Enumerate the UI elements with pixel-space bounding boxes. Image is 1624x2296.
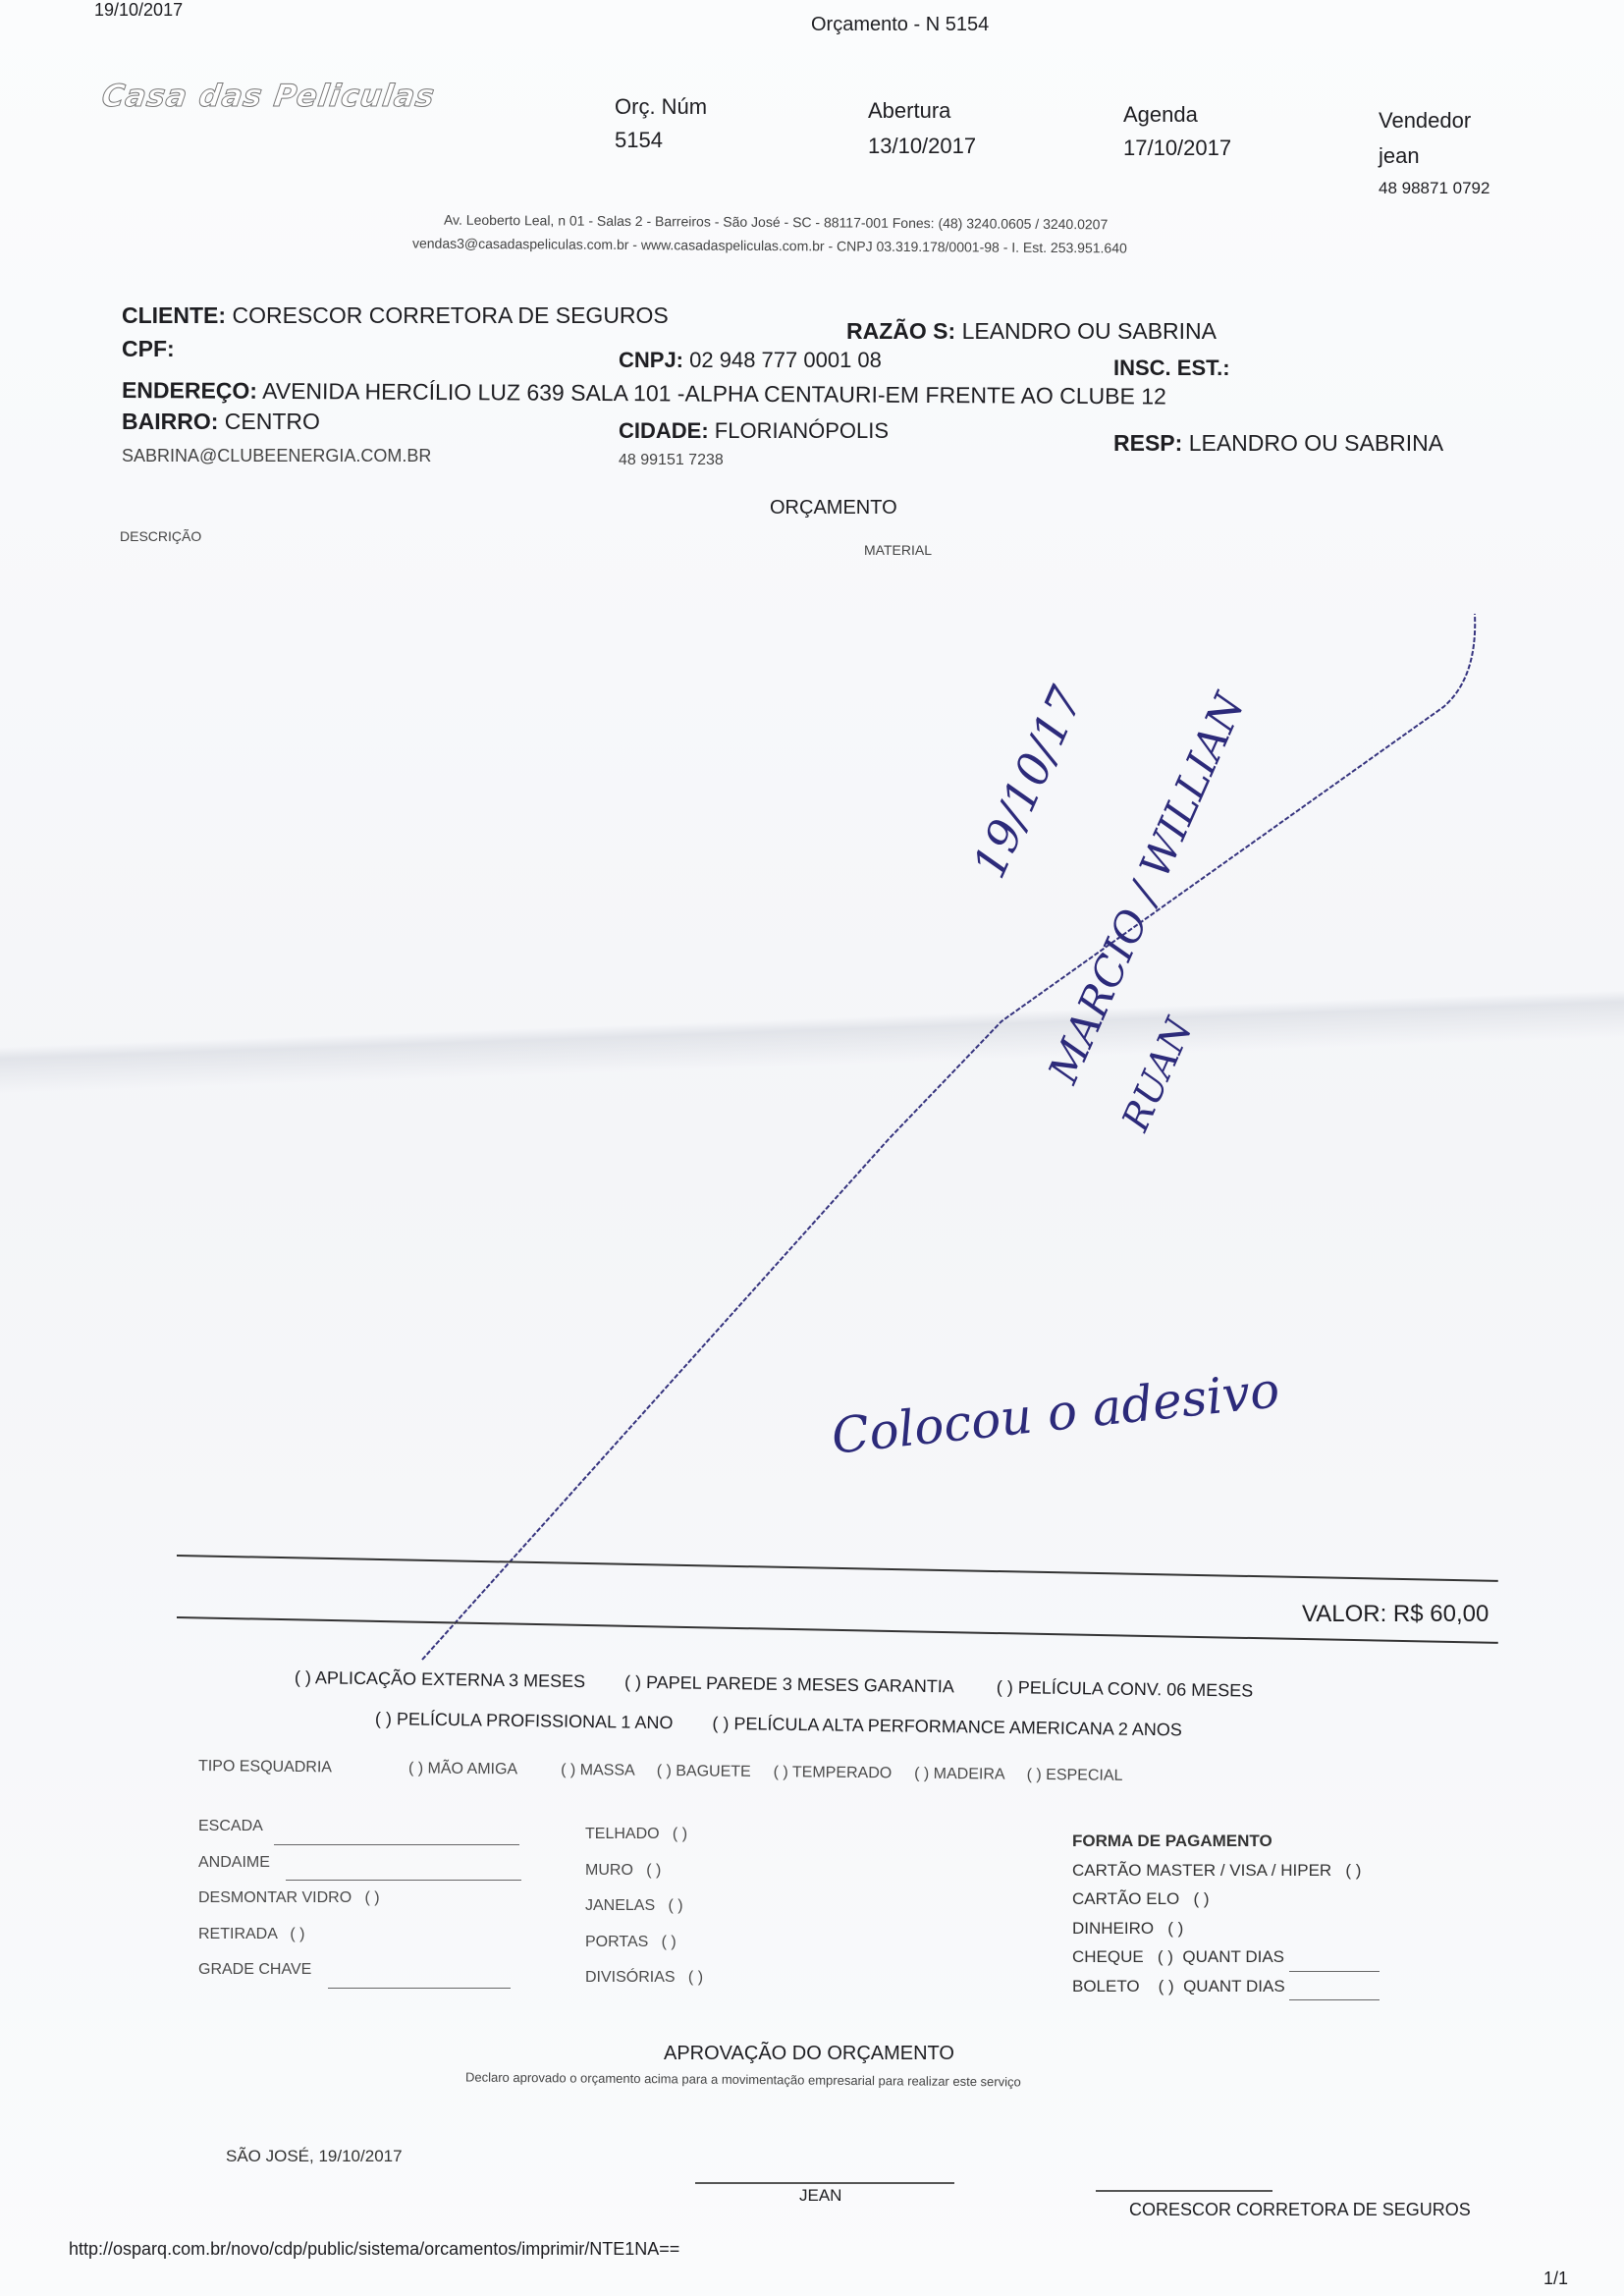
client-email: SABRINA@CLUBEENERGIA.COM.BR — [122, 446, 431, 466]
payment-boleto: BOLETO ( ) QUANT DIAS — [1072, 1972, 1380, 2001]
razao-row: RAZÃO S: LEANDRO OU SABRINA — [846, 318, 1217, 345]
valor-row: VALOR: R$ 60,00 — [1302, 1601, 1489, 1628]
cliente-value: CORESCOR CORRETORA DE SEGUROS — [232, 302, 668, 328]
extra-janelas: JANELAS ( ) — [585, 1888, 703, 1925]
vendedor-value: jean — [1379, 143, 1420, 169]
extra-escada: ESCADA — [198, 1809, 521, 1845]
abertura-value: 13/10/2017 — [868, 134, 976, 159]
dinheiro-check[interactable]: ( ) — [1167, 1919, 1183, 1938]
valor-amount: R$ 60,00 — [1393, 1601, 1489, 1627]
bairro-label: BAIRRO: — [122, 409, 218, 434]
vendedor-label: Vendedor — [1379, 108, 1471, 134]
agenda-value: 17/10/2017 — [1123, 136, 1231, 161]
client-signature-name: CORESCOR CORRETORA DE SEGUROS — [1129, 2200, 1471, 2220]
extra-desmontar-vidro: DESMONTAR VIDRO ( ) — [198, 1881, 521, 1917]
seller-signature-line — [695, 2182, 954, 2184]
retirada-check[interactable]: ( ) — [290, 1926, 304, 1942]
orcamento-section-title: ORÇAMENTO — [770, 497, 897, 519]
place-date: SÃO JOSÉ, 19/10/2017 — [226, 2147, 403, 2166]
esquadria-baguete[interactable]: ( ) BAGUETE — [657, 1763, 751, 1780]
cnpj-label: CNPJ: — [619, 348, 683, 372]
payment-cartao-master: CARTÃO MASTER / VISA / HIPER ( ) — [1072, 1856, 1380, 1886]
divider-top — [177, 1555, 1498, 1582]
cartao-elo-check[interactable]: ( ) — [1193, 1889, 1209, 1908]
print-url: http://osparq.com.br/novo/cdp/public/sis… — [69, 2239, 679, 2260]
cheque-check[interactable]: ( ) — [1158, 1947, 1173, 1966]
extras-mid: TELHADO ( ) MURO ( ) JANELAS ( ) PORTAS … — [585, 1817, 703, 1996]
payment-cheque: CHEQUE ( ) QUANT DIAS — [1072, 1942, 1380, 1972]
approval-title: APROVAÇÃO DO ORÇAMENTO — [664, 2043, 954, 2065]
cidade-row: CIDADE: FLORIANÓPOLIS — [619, 418, 889, 444]
handwritten-main-note: Colocou o adesivo — [829, 1361, 1282, 1465]
insc-row: INSC. EST.: — [1113, 355, 1230, 381]
extra-retirada: RETIRADA ( ) — [198, 1917, 521, 1953]
extra-divisorias: DIVISÓRIAS ( ) — [585, 1960, 703, 1996]
page-counter: 1/1 — [1543, 2269, 1568, 2289]
esquadria-especial[interactable]: ( ) ESPECIAL — [1027, 1767, 1123, 1784]
endereco-label: ENDEREÇO: — [122, 377, 257, 404]
service-options-row-2: ( ) PELÍCULA PROFISSIONAL 1 ANO ( ) PELÍ… — [375, 1709, 1182, 1740]
client-name-row: CLIENTE: CORESCOR CORRETORA DE SEGUROS — [122, 302, 669, 329]
payment-section: FORMA DE PAGAMENTO CARTÃO MASTER / VISA … — [1072, 1827, 1380, 2000]
esquadria-massa[interactable]: ( ) MASSA — [561, 1762, 634, 1779]
telhado-check[interactable]: ( ) — [673, 1826, 687, 1842]
vendedor-phone: 48 98871 0792 — [1379, 179, 1489, 198]
cidade-value: FLORIANÓPOLIS — [715, 418, 889, 443]
option-pelicula-conv[interactable]: ( ) PELÍCULA CONV. 06 MESES — [997, 1677, 1254, 1701]
boleto-dias-field[interactable] — [1289, 1999, 1380, 2000]
handwritten-date: 19/10/17 — [962, 679, 1093, 886]
janelas-check[interactable]: ( ) — [668, 1897, 682, 1914]
option-papel-parede[interactable]: ( ) PAPEL PAREDE 3 MESES GARANTIA — [624, 1672, 953, 1697]
orc-num-label: Orç. Núm — [615, 94, 707, 120]
insc-label: INSC. EST.: — [1113, 355, 1230, 380]
extra-muro: MURO ( ) — [585, 1853, 703, 1889]
extras-left: ESCADA ANDAIME DESMONTAR VIDRO ( ) RETIR… — [198, 1809, 521, 1989]
cpf-row: CPF: — [122, 336, 175, 362]
client-signature-line — [1096, 2190, 1272, 2192]
bairro-row: BAIRRO: CENTRO — [122, 409, 320, 435]
payment-dinheiro: DINHEIRO ( ) — [1072, 1914, 1380, 1943]
valor-label: VALOR: — [1302, 1601, 1386, 1627]
grade-chave-field[interactable] — [328, 1988, 511, 1989]
seller-signature-name: JEAN — [799, 2186, 841, 2206]
service-options-row-1: ( ) APLICAÇÃO EXTERNA 3 MESES ( ) PAPEL … — [295, 1667, 1254, 1702]
extra-portas: PORTAS ( ) — [585, 1925, 703, 1961]
desmontar-vidro-check[interactable]: ( ) — [365, 1889, 380, 1906]
cidade-label: CIDADE: — [619, 418, 709, 443]
agenda-label: Agenda — [1123, 102, 1198, 128]
cpf-label: CPF: — [122, 336, 175, 361]
handwritten-name-2: RUAN — [1113, 1011, 1201, 1137]
option-aplicacao-externa[interactable]: ( ) APLICAÇÃO EXTERNA 3 MESES — [295, 1667, 585, 1691]
esquadria-temperado[interactable]: ( ) TEMPERADO — [774, 1764, 893, 1781]
boleto-check[interactable]: ( ) — [1159, 1977, 1174, 1995]
portas-check[interactable]: ( ) — [662, 1934, 677, 1950]
extra-grade-chave: GRADE CHAVE — [198, 1952, 521, 1989]
material-label: MATERIAL — [864, 542, 932, 558]
document-title: Orçamento - N 5154 — [811, 14, 989, 36]
razao-value: LEANDRO OU SABRINA — [962, 318, 1217, 344]
orc-num-value: 5154 — [615, 128, 663, 153]
company-contact: vendas3@casadaspeliculas.com.br - www.ca… — [412, 235, 1127, 255]
company-logo: Casa das Peliculas — [99, 79, 437, 114]
cnpj-value: 02 948 777 0001 08 — [689, 348, 882, 372]
razao-label: RAZÃO S: — [846, 318, 955, 344]
payment-title: FORMA DE PAGAMENTO — [1072, 1827, 1380, 1856]
scanned-paper: 19/10/2017 Orçamento - N 5154 Casa das P… — [0, 0, 1624, 2296]
resp-value: LEANDRO OU SABRINA — [1189, 430, 1443, 456]
payment-cartao-elo: CARTÃO ELO ( ) — [1072, 1885, 1380, 1914]
resp-row: RESP: LEANDRO OU SABRINA — [1113, 430, 1443, 457]
abertura-label: Abertura — [868, 98, 950, 124]
cnpj-row: CNPJ: 02 948 777 0001 08 — [619, 348, 882, 373]
extra-telhado: TELHADO ( ) — [585, 1817, 703, 1853]
divisorias-check[interactable]: ( ) — [688, 1969, 703, 1986]
resp-label: RESP: — [1113, 430, 1182, 456]
divider-bottom — [177, 1616, 1498, 1644]
endereco-value: AVENIDA HERCÍLIO LUZ 639 SALA 101 -ALPHA… — [262, 378, 1166, 410]
company-address: Av. Leoberto Leal, n 01 - Salas 2 - Barr… — [444, 212, 1108, 233]
cliente-label: CLIENTE: — [122, 302, 226, 328]
print-date: 19/10/2017 — [94, 0, 183, 21]
esquadria-label: TIPO ESQUADRIA — [198, 1758, 331, 1776]
muro-check[interactable]: ( ) — [646, 1862, 661, 1879]
esquadria-madeira[interactable]: ( ) MADEIRA — [914, 1766, 1004, 1783]
client-phone: 48 99151 7238 — [619, 452, 724, 469]
cartao-master-check[interactable]: ( ) — [1345, 1861, 1361, 1880]
esquadria-mao-amiga[interactable]: ( ) MÃO AMIGA — [408, 1760, 516, 1777]
option-pelicula-alta-performance[interactable]: ( ) PELÍCULA ALTA PERFORMANCE AMERICANA … — [712, 1714, 1182, 1740]
extra-andaime: ANDAIME — [198, 1845, 521, 1882]
esquadria-row: TIPO ESQUADRIA ( ) MÃO AMIGA ( ) MASSA (… — [198, 1758, 1123, 1785]
option-pelicula-profissional[interactable]: ( ) PELÍCULA PROFISSIONAL 1 ANO — [375, 1709, 674, 1732]
endereco-row: ENDEREÇO: AVENIDA HERCÍLIO LUZ 639 SALA … — [122, 377, 1166, 410]
bairro-value: CENTRO — [225, 409, 320, 434]
approval-statement: Declaro aprovado o orçamento acima para … — [465, 2070, 1021, 2090]
descricao-label: DESCRIÇÃO — [120, 528, 201, 544]
